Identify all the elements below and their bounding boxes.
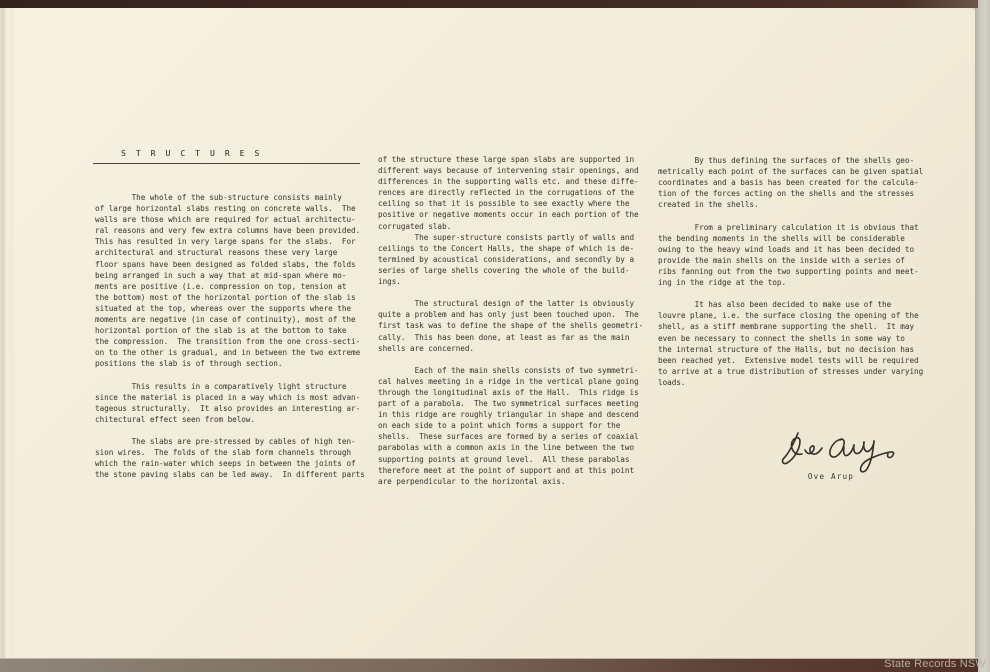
signature-block: Ove Arup	[770, 428, 910, 481]
book-scan: S T R U C T U R E S The whole of the sub…	[0, 0, 990, 672]
section-title: S T R U C T U R E S	[93, 149, 360, 164]
column-2-text: of the structure these large span slabs …	[378, 154, 643, 487]
signature-script-icon	[774, 428, 906, 478]
text-columns: S T R U C T U R E S The whole of the sub…	[0, 8, 976, 660]
book-cover-top-edge	[0, 0, 978, 8]
signature-typed-name: Ove Arup	[752, 472, 910, 481]
book-fore-edge	[975, 0, 990, 672]
book-cover-bottom-edge	[0, 658, 978, 672]
column-1: S T R U C T U R E S The whole of the sub…	[95, 149, 363, 480]
column-3-text: By thus defining the surfaces of the she…	[658, 155, 923, 388]
watermark: State Records NSW	[884, 658, 986, 670]
page: S T R U C T U R E S The whole of the sub…	[0, 8, 976, 660]
column-1-text: The whole of the sub-structure consists …	[95, 192, 363, 480]
